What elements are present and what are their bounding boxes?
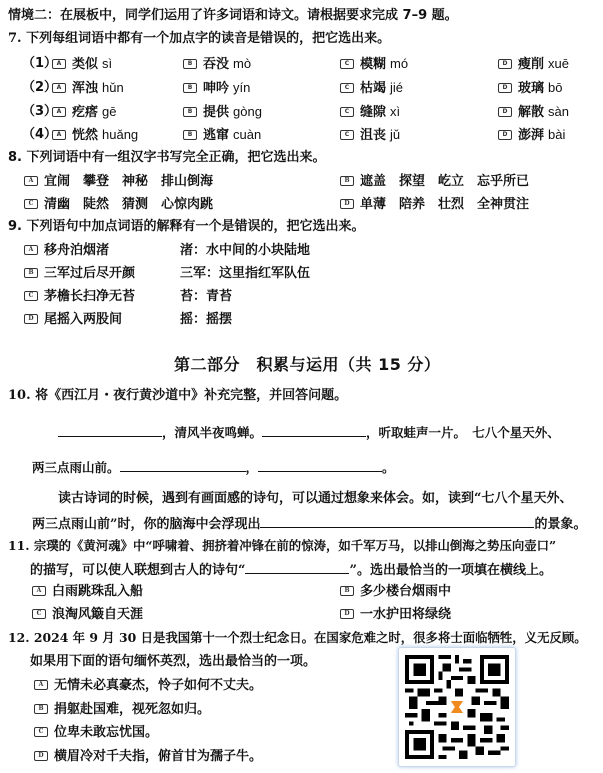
qr-code (398, 647, 516, 767)
q10-blank-2[interactable] (262, 424, 366, 437)
q9-option-b[interactable]: B三军过后尽开颜 (24, 266, 135, 282)
q12-stem-1: 12. 2024 年 9 月 30 日是我国第十一个烈士纪念日。在国家危难之时，… (8, 630, 587, 646)
q10-blank-3[interactable] (120, 459, 246, 472)
q9-explain-b: 三军：这里指红军队伍 (180, 266, 310, 282)
q7-stem: 7. 下列每组词语中都有一个加点字的读音是错误的，把它选出来。 (8, 31, 390, 47)
q7-option-1d[interactable]: D瘦削xuē (498, 56, 569, 73)
q9-explain-c: 苔：青苔 (180, 289, 232, 305)
q7-option-3b[interactable]: B提供gòng (183, 104, 262, 121)
q10-paragraph-2: 两三点雨山前”时，你的脑海中会浮现出的景象。 (32, 515, 587, 533)
q12-stem-2: 如果用下面的语句缅怀英烈，选出最恰当的一项。 (30, 654, 316, 670)
q7-option-1b[interactable]: B吞没mò (183, 56, 251, 73)
q12-option-a[interactable]: A无情未必真豪杰，怜子如何不丈夫。 (34, 678, 262, 694)
q7-option-4c[interactable]: C沮丧jǔ (340, 127, 400, 144)
q10-paragraph-1: 读古诗词的时候，遇到有画面感的诗句，可以通过想象来体会。如，读到“七八个星天外、 (58, 491, 572, 507)
q7-option-2a[interactable]: A浑浊hǔn (52, 80, 124, 97)
q9-option-d[interactable]: D尾摇入两股间 (24, 312, 122, 328)
q9-stem: 9. 下列语句中加点词语的解释有一个是错误的，把它选出来。 (8, 219, 365, 235)
q8-option-d[interactable]: D单薄 陪养 壮烈 全神贯注 (340, 197, 529, 213)
qr-code-icon (405, 654, 509, 760)
q7-option-3a[interactable]: A疙瘩gē (52, 104, 116, 121)
option-a-box: A (52, 59, 66, 69)
q11-blank[interactable] (245, 561, 349, 574)
part2-title: 第二部分 积累与运用（共 15 分） (174, 352, 440, 375)
q10-blank-1[interactable] (58, 424, 162, 437)
q11-stem-2: 的描写，可以使人联想到古人的诗句“”。选出最恰当的一项填在横线上。 (30, 561, 552, 579)
q10-line-2: 两三点雨山前。，。 (32, 459, 395, 476)
q12-option-b[interactable]: B捐躯赴国难，视死忽如归。 (34, 702, 210, 718)
q11-option-a[interactable]: A白雨跳珠乱入船 (32, 584, 143, 600)
context-heading: 情境二：在展板中，同学们运用了许多词语和诗文。请根据要求完成 7–9 题。 (8, 8, 458, 24)
q9-option-a[interactable]: A移舟泊烟渚 (24, 243, 109, 259)
q7-option-3d[interactable]: D解散sàn (498, 104, 569, 121)
q9-option-c[interactable]: C茅檐长扫净无苔 (24, 289, 135, 305)
q7-option-3c[interactable]: C缝隙xì (340, 104, 400, 121)
q8-option-b[interactable]: B遮盖 探望 屹立 忘乎所已 (340, 174, 529, 190)
q7-option-2b[interactable]: B呻吟yín (183, 80, 250, 97)
q11-stem-1: 11. 宗璞的《黄河魂》中“呼啸着、拥挤着冲锋在前的惊涛，如千军万马，以排山倒海… (8, 538, 556, 554)
q11-option-d[interactable]: D一水护田将绿绕 (340, 607, 451, 623)
q12-option-c[interactable]: C位卑未敢忘忧国。 (34, 725, 158, 741)
q11-option-c[interactable]: C浪淘风簸自天涯 (32, 607, 143, 623)
q8-option-c[interactable]: C清幽 陡然 猜测 心惊肉跳 (24, 197, 213, 213)
q8-option-a[interactable]: A宜闹 攀登 神秘 排山倒海 (24, 174, 213, 190)
q8-stem: 8. 下列词语中有一组汉字书写完全正确，把它选出来。 (8, 150, 326, 166)
q10-blank-5[interactable] (260, 515, 534, 528)
q7-option-1c[interactable]: C模糊mó (340, 56, 408, 73)
q9-explain-d: 摇：摇摆 (180, 312, 232, 328)
q10-line-1: ，清风半夜鸣蝉。，听取蛙声一片。 七八个星天外、 (58, 424, 560, 441)
q7-option-1a[interactable]: A类似sì (52, 56, 112, 73)
q10-blank-4[interactable] (258, 459, 382, 472)
q7-option-2d[interactable]: D玻璃bō (498, 80, 562, 97)
q7-option-4b[interactable]: B逃窜cuàn (183, 127, 261, 144)
q11-option-b[interactable]: B多少楼台烟雨中 (340, 584, 451, 600)
q7-option-4d[interactable]: D澎湃bài (498, 127, 565, 144)
q7-option-2c[interactable]: C枯竭jié (340, 80, 403, 97)
q12-option-d[interactable]: D横眉冷对千夫指，俯首甘为孺子牛。 (34, 749, 262, 765)
q7-option-4a[interactable]: A恍然huǎng (52, 127, 138, 144)
q10-stem: 10. 将《西江月・夜行黄沙道中》补充完整，并回答问题。 (8, 388, 347, 404)
q9-explain-a: 渚：水中间的小块陆地 (180, 243, 310, 259)
